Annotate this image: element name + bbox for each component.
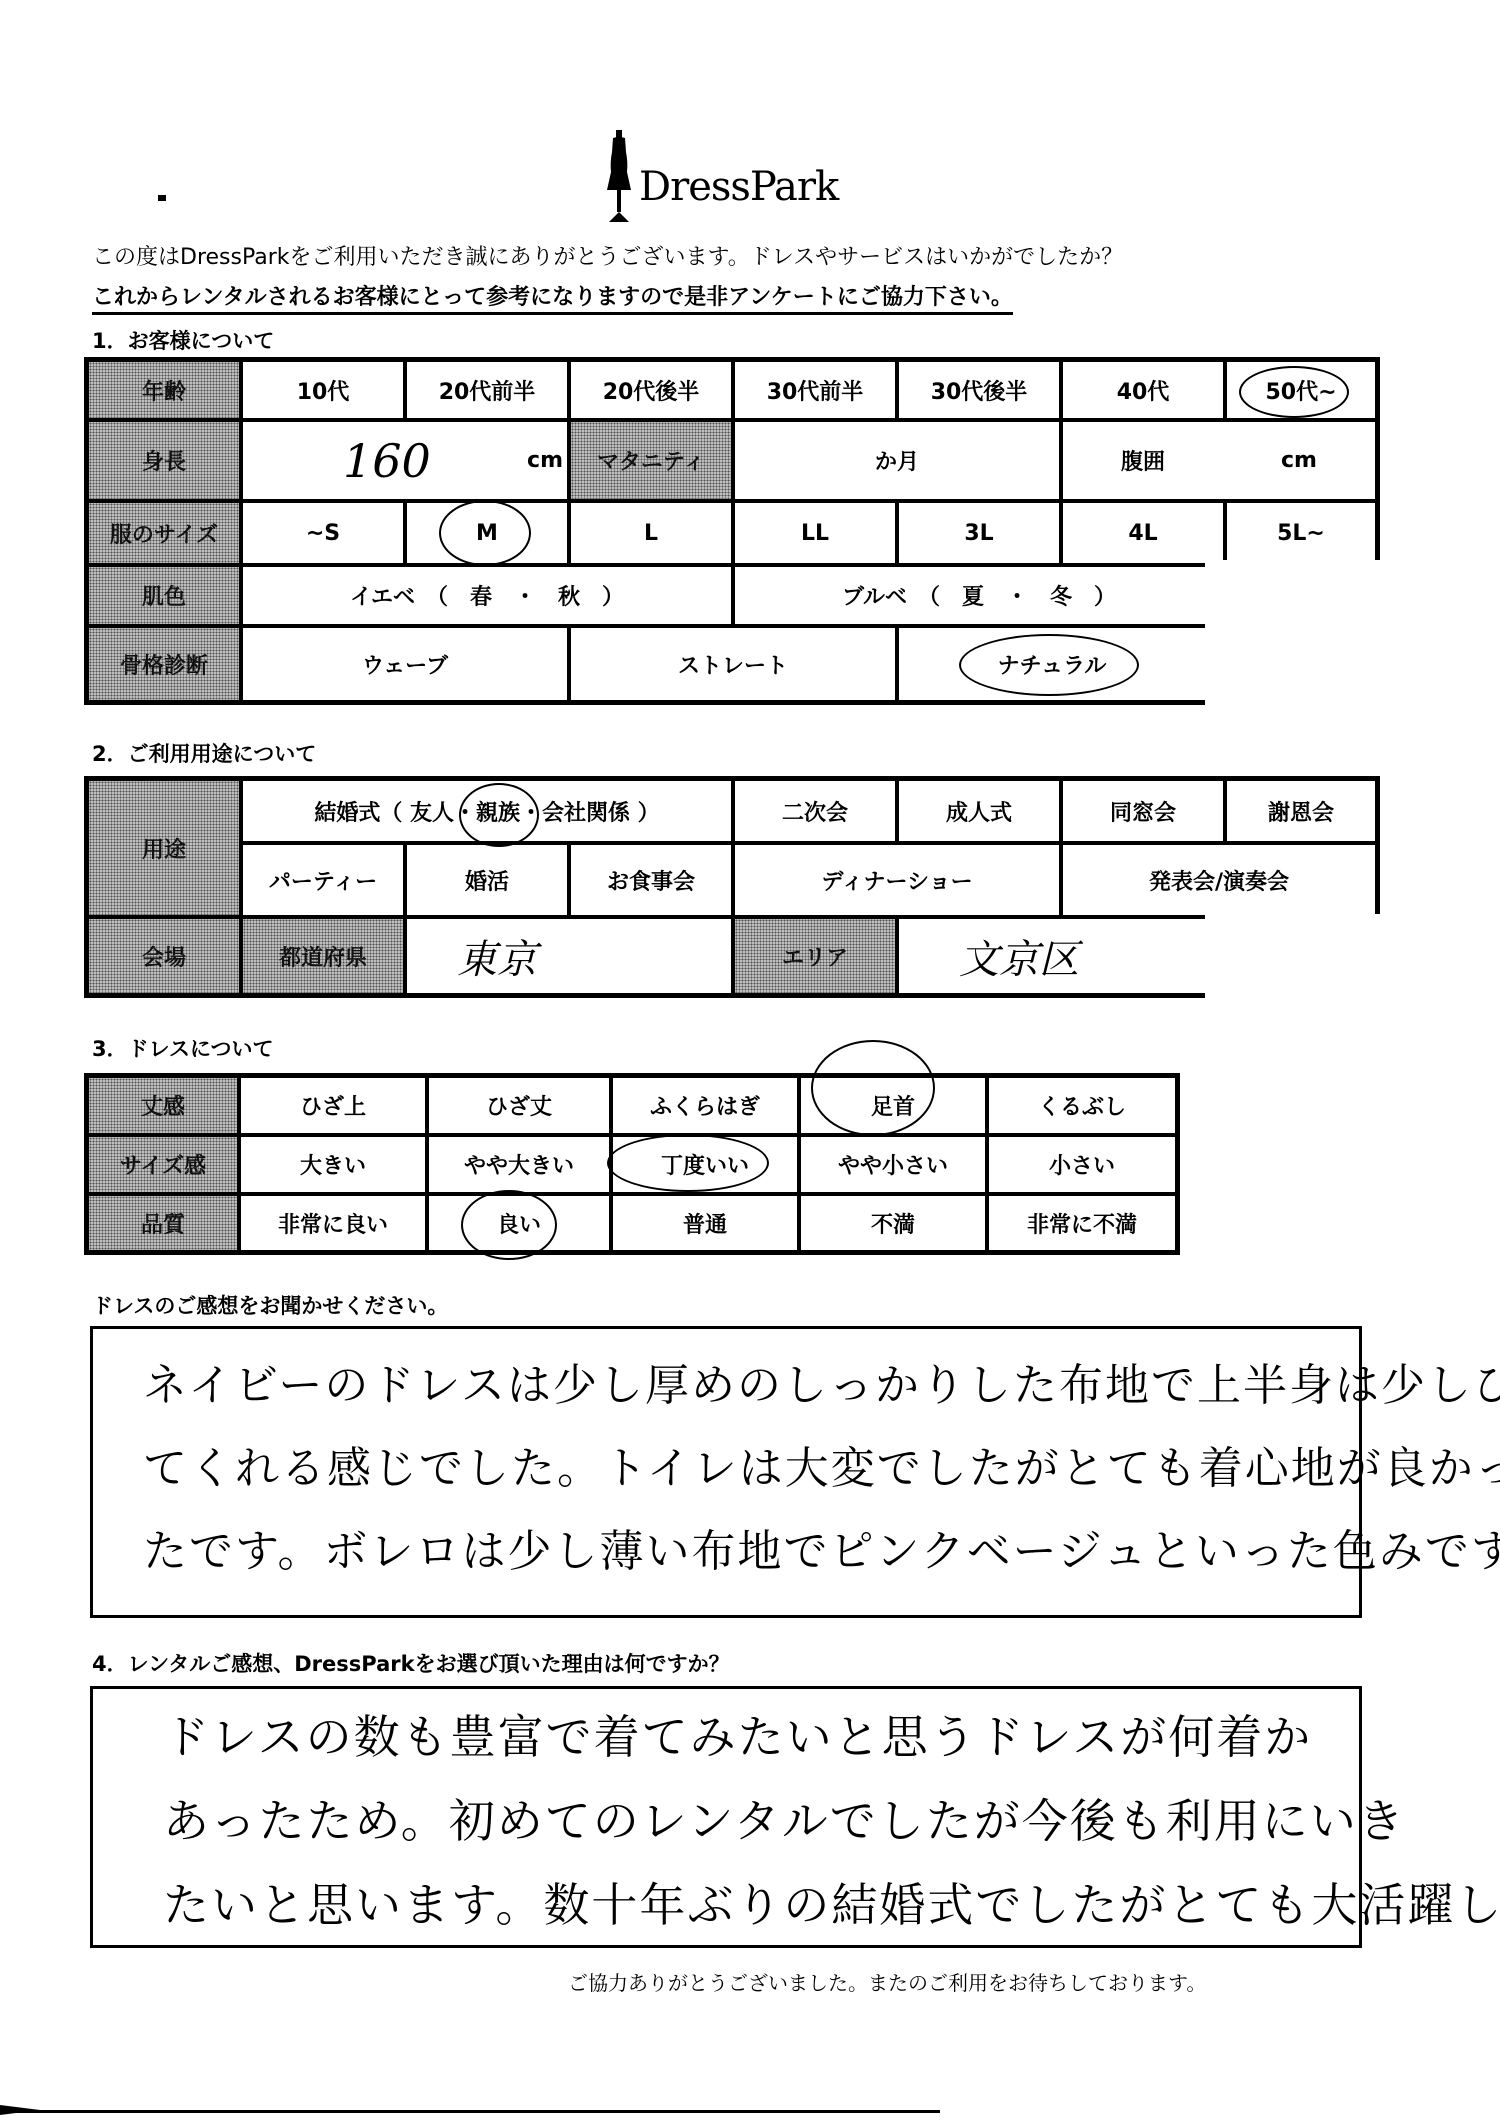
length-anklebone[interactable]: くるぶし	[989, 1078, 1175, 1133]
age-option-10s[interactable]: 10代	[243, 362, 403, 418]
intro-text: この度はDressParkをご利用いただき誠にありがとうございます。ドレスやサー…	[92, 240, 1123, 271]
rental-comment-line-2: あったため。初めてのレンタルでしたが今後も利用にいき	[163, 1785, 1406, 1851]
length-ankle[interactable]: 足首	[801, 1078, 985, 1133]
scan-artifact	[158, 195, 166, 201]
fit-slightly-large[interactable]: やや大きい	[429, 1137, 609, 1192]
table-blank-area-2	[1205, 914, 1385, 1004]
logo-text: DressPark	[639, 164, 838, 210]
length-calf[interactable]: ふくらはぎ	[613, 1078, 797, 1133]
height-header: 身長	[89, 422, 239, 499]
age-option-40s[interactable]: 40代	[1063, 362, 1223, 418]
dress-table: 丈感 サイズ感 品質 ひざ上 ひざ丈 ふくらはぎ 足首 くるぶし 大きい やや大…	[84, 1073, 1180, 1255]
waist-label: 腹囲	[1063, 422, 1223, 499]
purpose-header: 用途	[89, 781, 239, 915]
fit-large[interactable]: 大きい	[241, 1137, 425, 1192]
purpose-thanks-party[interactable]: 謝恩会	[1227, 781, 1375, 841]
venue-header: 会場	[89, 919, 239, 993]
quality-very-good[interactable]: 非常に良い	[241, 1196, 425, 1250]
quality-dissatisfied[interactable]: 不満	[801, 1196, 985, 1250]
size-option-s[interactable]: ~S	[243, 503, 403, 563]
length-knee[interactable]: ひざ丈	[429, 1078, 609, 1133]
waist-field[interactable]: cm	[1223, 422, 1375, 499]
quality-good[interactable]: 良い	[429, 1196, 609, 1250]
size-header: 服のサイズ	[89, 503, 239, 563]
skin-option-blue-base[interactable]: ブルベ （ 夏 ・ 冬 ）	[735, 567, 1223, 624]
frame-header: 骨格診断	[89, 628, 239, 700]
dress-comment-line-1: ネイビーのドレスは少し厚めのしっかりした布地で上半身は少しひきしめ	[143, 1349, 1500, 1413]
section3-title: 3．ドレスについて	[92, 1033, 274, 1063]
dress-comment-prompt: ドレスのご感想をお聞かせください。	[92, 1290, 448, 1320]
fit-just-right[interactable]: 丁度いい	[613, 1137, 797, 1192]
dress-comment-line-3: たです。ボレロは少し薄い布地でピンクベージュといった色みです。	[143, 1515, 1500, 1579]
size-option-m[interactable]: M	[407, 503, 567, 563]
purpose-konkatsu[interactable]: 婚活	[407, 845, 567, 915]
age-option-early-20s[interactable]: 20代前半	[407, 362, 567, 418]
skin-option-yellow-base[interactable]: イエベ （ 春 ・ 秋 ）	[243, 567, 731, 624]
age-option-late-20s[interactable]: 20代後半	[571, 362, 731, 418]
purpose-recital[interactable]: 発表会/演奏会	[1063, 845, 1375, 915]
quality-average[interactable]: 普通	[613, 1196, 797, 1250]
quality-header: 品質	[89, 1196, 237, 1250]
dress-comment-box[interactable]: ネイビーのドレスは少し厚めのしっかりした布地で上半身は少しひきしめ てくれる感じ…	[90, 1326, 1362, 1618]
rental-comment-line-1: ドレスの数も豊富で着てみたいと思うドレスが何着か	[163, 1701, 1312, 1767]
size-option-5l[interactable]: 5L~	[1227, 503, 1375, 563]
length-header: 丈感	[89, 1078, 237, 1133]
dresspark-logo: DressPark	[605, 128, 838, 223]
section1-title: 1．お客様について	[92, 325, 274, 355]
height-unit: cm	[489, 422, 563, 499]
fit-small[interactable]: 小さい	[989, 1137, 1175, 1192]
maternity-months-field[interactable]: か月	[735, 422, 1059, 499]
skin-header: 肌色	[89, 567, 239, 624]
section4-title: 4．レンタルご感想、DressParkをお選び頂いた理由は何ですか？	[92, 1648, 730, 1678]
purpose-coming-of-age[interactable]: 成人式	[899, 781, 1059, 841]
fit-header: サイズ感	[89, 1137, 237, 1192]
purpose-afterparty[interactable]: 二次会	[735, 781, 895, 841]
size-option-ll[interactable]: LL	[735, 503, 895, 563]
age-option-early-30s[interactable]: 30代前半	[735, 362, 895, 418]
frame-option-wave[interactable]: ウェーブ	[243, 628, 567, 700]
fit-slightly-small[interactable]: やや小さい	[801, 1137, 985, 1192]
age-option-50s-plus[interactable]: 50代~	[1227, 362, 1375, 418]
maternity-header: マタニティ	[571, 422, 731, 499]
purpose-wedding[interactable]: 結婚式（ 友人・親族・会社関係 ）	[243, 781, 731, 841]
prefecture-field[interactable]: 東京	[407, 919, 731, 993]
thank-you-message: ご協力ありがとうございました。またのご利用をお待ちしております。	[568, 1967, 1206, 1996]
size-option-3l[interactable]: 3L	[899, 503, 1059, 563]
age-header: 年齢	[89, 362, 239, 418]
quality-very-dissatisfied[interactable]: 非常に不満	[989, 1196, 1175, 1250]
rental-comment-box[interactable]: ドレスの数も豊富で着てみたいと思うドレスが何着か あったため。初めてのレンタルで…	[90, 1686, 1362, 1948]
length-above-knee[interactable]: ひざ上	[241, 1078, 425, 1133]
age-option-late-30s[interactable]: 30代後半	[899, 362, 1059, 418]
rental-comment-line-3: たいと思います。数十年ぶりの結婚式でしたがとても大活躍した。	[163, 1869, 1500, 1935]
purpose-dinner[interactable]: お食事会	[571, 845, 731, 915]
prefecture-header: 都道府県	[243, 919, 403, 993]
area-header: エリア	[735, 919, 895, 993]
section2-title: 2．ご利用用途について	[92, 738, 316, 768]
frame-option-natural[interactable]: ナチュラル	[899, 628, 1205, 700]
customer-info-table: 年齢 身長 服のサイズ 肌色 骨格診断 10代 20代前半 20代後半 30代前…	[84, 357, 1380, 705]
purpose-dinner-show[interactable]: ディナーショー	[735, 845, 1059, 915]
purpose-reunion[interactable]: 同窓会	[1063, 781, 1223, 841]
size-option-4l[interactable]: 4L	[1063, 503, 1223, 563]
dress-form-icon	[605, 128, 633, 223]
area-field[interactable]: 文京区	[899, 919, 1205, 993]
dress-comment-line-2: てくれる感じでした。トイレは大変でしたがとても着心地が良かっ	[143, 1432, 1500, 1496]
size-option-l[interactable]: L	[571, 503, 731, 563]
intro-request: これからレンタルされるお客様にとって参考になりますので是非アンケートにご協力下さ…	[92, 280, 1013, 315]
table-blank-area	[1205, 560, 1385, 710]
height-value[interactable]: 160	[243, 422, 483, 499]
frame-option-straight[interactable]: ストレート	[571, 628, 895, 700]
purpose-party[interactable]: パーティー	[243, 845, 403, 915]
usage-table: 用途 会場 結婚式（ 友人・親族・会社関係 ） 二次会 成人式 同窓会 謝恩会 …	[84, 776, 1380, 998]
scan-artifact-line	[0, 2110, 940, 2113]
